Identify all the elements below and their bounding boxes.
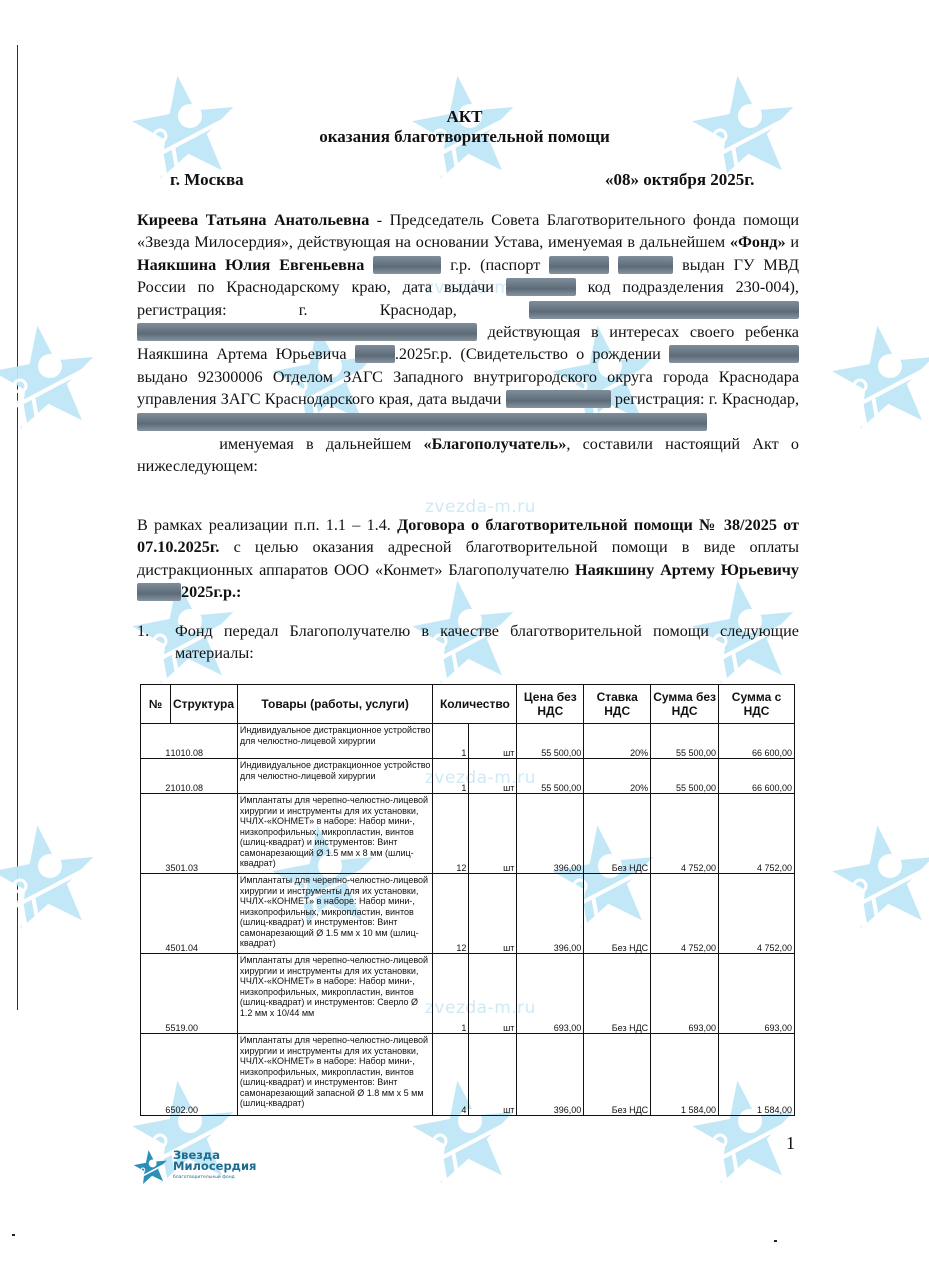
row-total: 66 600,00 [719,759,795,794]
header-vat-rate: Ставка НДС [584,685,651,724]
row-sum: 55 500,00 [651,724,719,759]
contract-paragraph: В рамках реализации п.п. 1.1 – 1.4. Дого… [137,514,799,604]
row-code: 502.00 [170,1034,237,1116]
row-code: 501.04 [170,874,237,954]
row-unit: шт [469,874,517,954]
row-code: 519.00 [170,954,237,1034]
row-price: 396,00 [517,794,584,874]
row-qty: 1 [433,724,469,759]
row-code: 1010.08 [170,724,237,759]
row-code: 1010.08 [170,759,237,794]
document-date: «08» октября 2025г. [605,170,754,190]
row-desc: Имплантаты для черепно-челюстно-лицевой … [237,954,433,1034]
row-price: 396,00 [517,1034,584,1116]
row-qty: 12 [433,874,469,954]
header-price: Цена без НДС [517,685,584,724]
header-goods: Товары (работы, услуги) [237,685,433,724]
row-desc: Имплантаты для черепно-челюстно-лицевой … [237,1034,433,1116]
table-row: 5 519.00 Имплантаты для черепно-челюстно… [141,954,795,1034]
redacted-block [529,301,799,319]
fund-logo-name: Звезда Милосердия [173,1150,256,1172]
table-header-row: № Структура Товары (работы, услуги) Коли… [141,685,795,724]
row-vat: 20% [584,724,651,759]
document-subtitle: оказания благотворительной помощи [0,127,929,147]
contract-text: 2025г.р.: [181,583,241,601]
recipient-label: «Благополучатель» [423,435,566,453]
row-unit: шт [469,759,517,794]
row-unit: шт [469,1034,517,1116]
fund-logo-star-icon [133,1146,169,1190]
row-vat: Без НДС [584,954,651,1034]
header-no: № [141,685,171,724]
materials-table: № Структура Товары (работы, услуги) Коли… [140,684,795,1116]
document-page: АКТ оказания благотворительной помощи г.… [0,0,929,1280]
row-desc: Индивидуальное дистракционное устройство… [237,724,433,759]
recipient-child-name: Наякшину Артему Юрьевичу [575,561,799,579]
row-vat: Без НДС [584,874,651,954]
document-city: г. Москва [170,170,244,190]
table-row: 4 501.04 Имплантаты для черепно-челюстно… [141,874,795,954]
row-no: 1 [141,724,171,759]
row-qty: 12 [433,794,469,874]
row-no: 4 [141,874,171,954]
row-no: 6 [141,1034,171,1116]
redacted-block [355,345,395,363]
signer-name: Киреева Татьяна Анатольевна [137,211,369,229]
redacted-block [137,323,477,341]
page-number: 1 [786,1133,795,1154]
row-desc: Имплантаты для черепно-челюстно-лицевой … [237,874,433,954]
row-price: 693,00 [517,954,584,1034]
row-qty: 1 [433,759,469,794]
row-qty: 4 [433,1034,469,1116]
row-total: 693,00 [719,954,795,1034]
row-vat: Без НДС [584,1034,651,1116]
fund-logo-subtitle: благотворительный фонд [173,1175,235,1180]
redacted-block [137,413,707,431]
redacted-block [506,278,576,296]
header-sum-no-vat: Сумма без НДС [651,685,719,724]
row-total: 4 752,00 [719,874,795,954]
redacted-block [373,256,441,274]
row-sum: 4 752,00 [651,794,719,874]
recipient-rep-name: Наякшина Юлия Евгеньевна [137,256,364,274]
intro-paragraph: Киреева Татьяна Анатольевна - Председате… [137,209,799,478]
header-sum-vat: Сумма с НДС [719,685,795,724]
table-row: 1 1010.08 Индивидуальное дистракционное … [141,724,795,759]
row-price: 55 500,00 [517,759,584,794]
intro-text: регистрация: г. Краснодар, [611,390,799,408]
redacted-block [549,256,609,274]
redacted-block [506,390,611,408]
row-price: 55 500,00 [517,724,584,759]
intro-text: г.р. (паспорт [441,256,549,274]
row-sum: 693,00 [651,954,719,1034]
row-price: 396,00 [517,874,584,954]
table-row: 6 502.00 Имплантаты для черепно-челюстно… [141,1034,795,1116]
row-code: 501.03 [170,794,237,874]
table-row: 2 1010.08 Индивидуальное дистракционное … [141,759,795,794]
clause-text: Фонд передал Благополучателю в качестве … [175,620,799,665]
row-vat: 20% [584,759,651,794]
row-unit: шт [469,724,517,759]
table-row: 3 501.03 Имплантаты для черепно-челюстно… [141,794,795,874]
header-qty: Количество [433,685,517,724]
intro-text: .2025г.р. (Свидетельство о рождении [395,345,669,363]
row-no: 5 [141,954,171,1034]
row-sum: 1 584,00 [651,1034,719,1116]
clause-number: 1. [137,620,149,642]
row-unit: шт [469,794,517,874]
fund-logo-line2: Милосердия [173,1159,256,1173]
intro-text: именуемая в дальнейшем [207,435,423,453]
fund-logo: Звезда Милосердия благотворительный фонд [133,1146,263,1192]
fund-label: «Фонд» [730,233,786,251]
clause-1: 1. Фонд передал Благополучателю в качест… [137,620,799,665]
row-sum: 4 752,00 [651,874,719,954]
redacted-block [137,583,181,601]
row-vat: Без НДС [584,794,651,874]
row-desc: Имплантаты для черепно-челюстно-лицевой … [237,794,433,874]
row-total: 4 752,00 [719,794,795,874]
redacted-block [669,345,799,363]
row-desc: Индивидуальное дистракционное устройство… [237,759,433,794]
document-title: АКТ [0,107,929,127]
row-no: 2 [141,759,171,794]
row-sum: 55 500,00 [651,759,719,794]
row-total: 66 600,00 [719,724,795,759]
row-unit: шт [469,954,517,1034]
row-qty: 1 [433,954,469,1034]
redacted-block [618,256,673,274]
intro-text: и [786,233,799,251]
row-total: 1 584,00 [719,1034,795,1116]
header-structure: Структура [170,685,237,724]
row-no: 3 [141,794,171,874]
contract-text: В рамках реализации п.п. 1.1 – 1.4. [137,516,397,534]
